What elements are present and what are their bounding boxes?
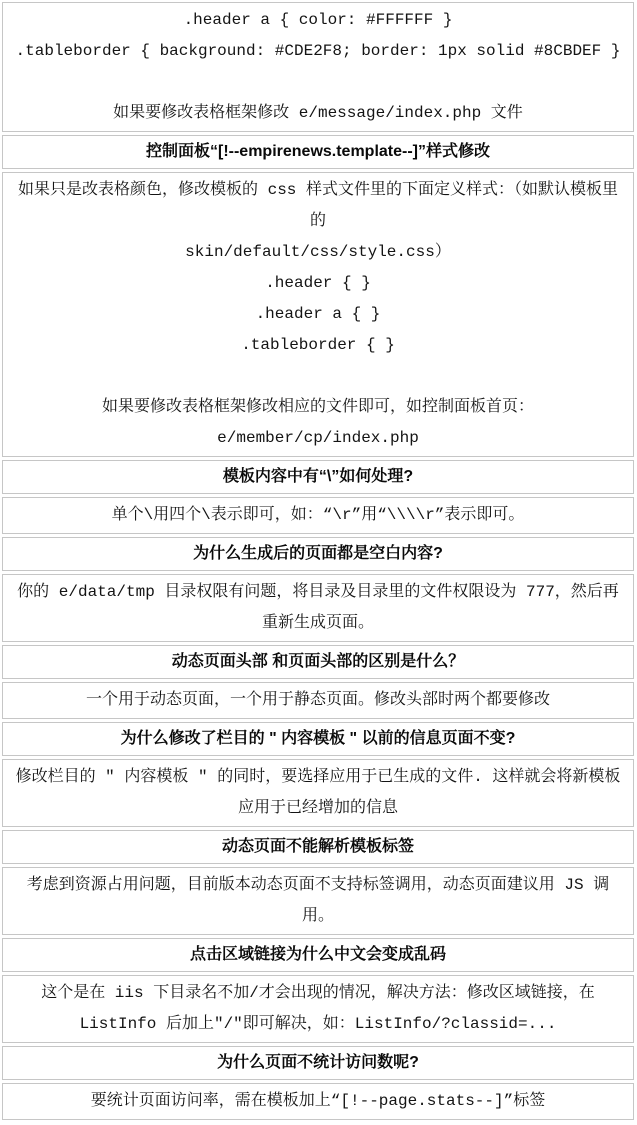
faq-answer-row: .header a { color: #FFFFFF }.tableborder… [2,2,634,132]
text-line: 如果要修改表格框架修改相应的文件即可，如控制面板首页：e/member/cp/i… [12,392,624,454]
faq-question-row: 动态页面不能解析模板标签 [2,830,634,864]
text-line: 模板内容中有“\”如何处理? [12,463,624,491]
text-line: 要统计页面访问率，需在模板加上“[!--page.stats--]”标签 [12,1086,624,1117]
faq-question-row: 为什么生成后的页面都是空白内容? [2,537,634,571]
faq-question-row: 模板内容中有“\”如何处理? [2,460,634,494]
faq-question-row: 控制面板“[!--empirenews.template--]”样式修改 [2,135,634,169]
faq-answer-row: 单个\用四个\表示即可，如：“\r”用“\\\\r”表示即可。 [2,497,634,534]
text-line: .tableborder { } [12,330,624,361]
text-line: 为什么生成后的页面都是空白内容? [12,540,624,568]
text-line: 为什么修改了栏目的 " 内容模板 " 以前的信息页面不变? [12,725,624,753]
text-line: 动态页面不能解析模板标签 [12,833,624,861]
text-line: 点击区域链接为什么中文会变成乱码 [12,941,624,969]
text-line: 为什么页面不统计访问数呢? [12,1049,624,1077]
text-line [12,67,624,98]
faq-section-list: .header a { color: #FFFFFF }.tableborder… [2,2,634,1120]
text-line: 控制面板“[!--empirenews.template--]”样式修改 [12,138,624,166]
text-line: .tableborder { background: #CDE2F8; bord… [12,36,624,67]
text-line [12,361,624,392]
text-line: 考虑到资源占用问题，目前版本动态页面不支持标签调用，动态页面建议用 JS 调用。 [12,870,624,932]
text-line: 单个\用四个\表示即可，如：“\r”用“\\\\r”表示即可。 [12,500,624,531]
faq-answer-row: 如果只是改表格颜色，修改模板的 css 样式文件里的下面定义样式：（如默认模板里… [2,172,634,457]
faq-answer-row: 修改栏目的 " 内容模板 " 的同时，要选择应用于已生成的文件. 这样就会将新模… [2,759,634,827]
faq-answer-row: 考虑到资源占用问题，目前版本动态页面不支持标签调用，动态页面建议用 JS 调用。 [2,867,634,935]
text-line: 如果只是改表格颜色，修改模板的 css 样式文件里的下面定义样式：（如默认模板里… [12,175,624,237]
text-line: skin/default/css/style.css） [12,237,624,268]
faq-answer-row: 要统计页面访问率，需在模板加上“[!--page.stats--]”标签 [2,1083,634,1120]
text-line: 一个用于动态页面，一个用于静态页面。修改头部时两个都要修改 [12,685,624,716]
faq-question-row: 动态页面头部 和页面头部的区别是什么？ [2,645,634,679]
text-line: 动态页面头部 和页面头部的区别是什么？ [12,648,624,676]
text-line: 你的 e/data/tmp 目录权限有问题，将目录及目录里的文件权限设为 777… [12,577,624,639]
faq-answer-row: 这个是在 iis 下目录名不加/才会出现的情况，解决方法：修改区域链接，在 Li… [2,975,634,1043]
faq-answer-row: 一个用于动态页面，一个用于静态页面。修改头部时两个都要修改 [2,682,634,719]
text-line: 这个是在 iis 下目录名不加/才会出现的情况，解决方法：修改区域链接，在 Li… [12,978,624,1040]
text-line: 修改栏目的 " 内容模板 " 的同时，要选择应用于已生成的文件. 这样就会将新模… [12,762,624,824]
faq-question-row: 点击区域链接为什么中文会变成乱码 [2,938,634,972]
text-line: .header a { } [12,299,624,330]
faq-answer-row: 你的 e/data/tmp 目录权限有问题，将目录及目录里的文件权限设为 777… [2,574,634,642]
text-line: .header { } [12,268,624,299]
faq-question-row: 为什么修改了栏目的 " 内容模板 " 以前的信息页面不变? [2,722,634,756]
text-line: 如果要修改表格框架修改 e/message/index.php 文件 [12,98,624,129]
text-line: .header a { color: #FFFFFF } [12,5,624,36]
faq-document: .header a { color: #FFFFFF }.tableborder… [0,0,637,1125]
faq-question-row: 为什么页面不统计访问数呢? [2,1046,634,1080]
